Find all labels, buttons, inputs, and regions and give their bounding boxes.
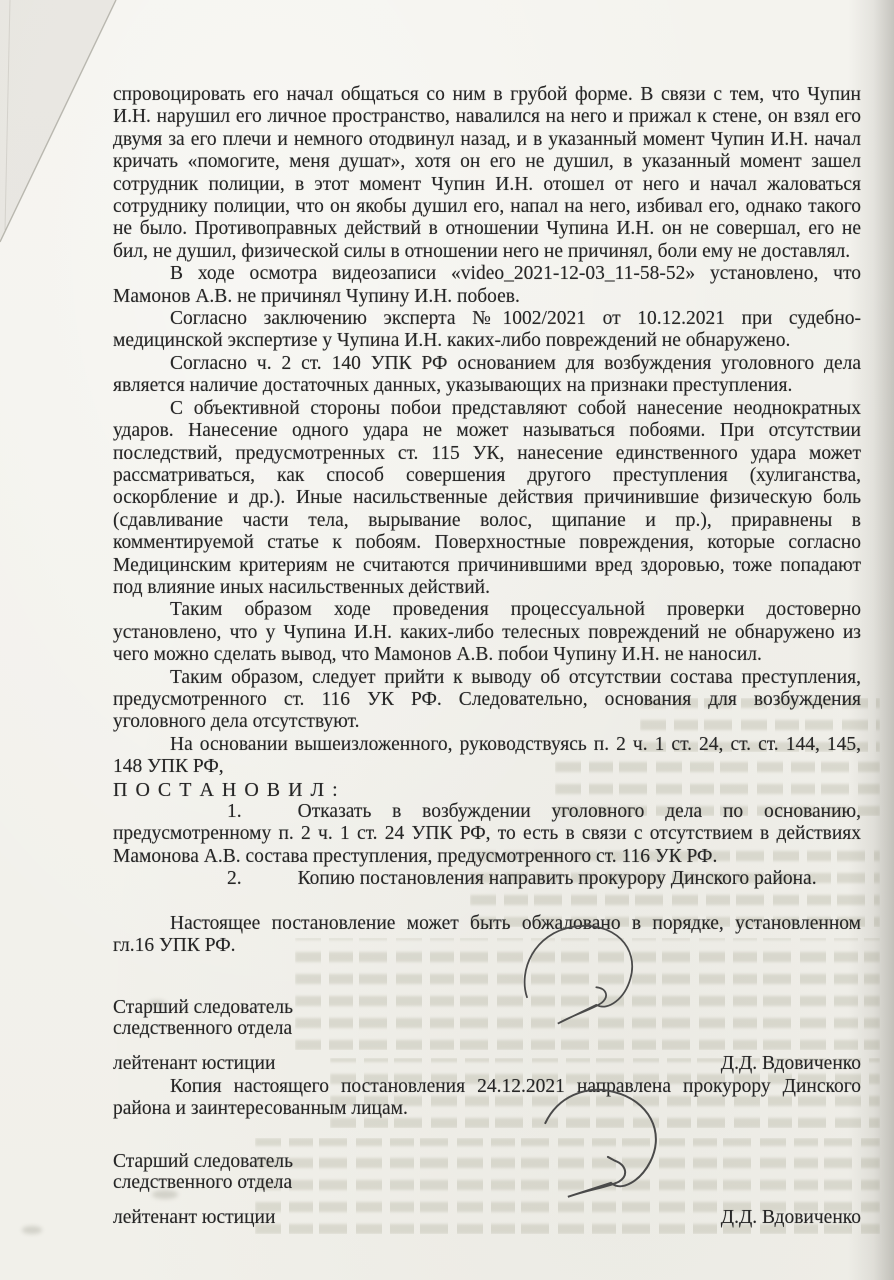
paragraph-upk-140: Согласно ч. 2 ст. 140 УПК РФ основанием … — [113, 353, 861, 398]
scanned-document-page: спровоцировать его начал общаться со ним… — [0, 0, 894, 1280]
paragraph-appeal: Настоящее постановление может быть обжал… — [113, 913, 861, 958]
paragraph-expert-conclusion: Согласно заключению эксперта №1002/2021 … — [113, 308, 861, 353]
signer-title-line-1: Старший следователь — [113, 997, 861, 1018]
document-body: спровоцировать его начал общаться со ним… — [113, 84, 861, 1229]
signer-title-line-2: следственного отдела — [113, 1018, 861, 1039]
paragraph-check-conclusion: Таким образом ходе проведения процессуал… — [113, 599, 861, 666]
signer-rank-row: лейтенант юстиции Д.Д. Вдовиченко — [113, 1053, 861, 1075]
signer-title-line-1: Старший следователь — [113, 1151, 861, 1172]
resolution-item-2: 2.Копию постановления направить прокурор… — [113, 868, 861, 890]
paragraph-no-corpus-delicti: Таким образом, следует прийти к выводу о… — [113, 667, 861, 734]
signer-rank: лейтенант юстиции — [113, 1053, 275, 1075]
signer-rank: лейтенант юстиции — [113, 1207, 275, 1229]
item-number: 2. — [170, 868, 242, 890]
scan-smudge — [22, 1226, 42, 1234]
item-text: Копию постановления направить прокурору … — [298, 868, 817, 889]
resolution-heading: П О С Т А Н О В И Л : — [113, 779, 861, 801]
signer-title-line-2: следственного отдела — [113, 1172, 861, 1193]
signer-name: Д.Д. Вдовиченко — [721, 1053, 861, 1075]
paragraph-copy-note: Копия настоящего постановления 24.12.202… — [113, 1076, 861, 1121]
item-number: 1. — [170, 801, 242, 823]
signer-rank-row: лейтенант юстиции Д.Д. Вдовиченко — [113, 1207, 861, 1229]
resolution-item-1: 1.Отказать в возбуждении уголовного дела… — [113, 801, 861, 868]
signature-block-1: Старший следователь следственного отдела… — [113, 997, 861, 1075]
paper-fold-crease — [0, 0, 130, 260]
paragraph-battery-definition: С объективной стороны побои представляют… — [113, 398, 861, 600]
paragraph-legal-basis: На основании вышеизложенного, руководств… — [113, 734, 861, 779]
paragraph-video-review: В ходе осмотра видеозаписи «video_2021-1… — [113, 263, 861, 308]
paragraph-continuation: спровоцировать его начал общаться со ним… — [113, 84, 861, 263]
signature-block-2: Старший следователь следственного отдела… — [113, 1151, 861, 1229]
signer-name: Д.Д. Вдовиченко — [721, 1207, 861, 1229]
